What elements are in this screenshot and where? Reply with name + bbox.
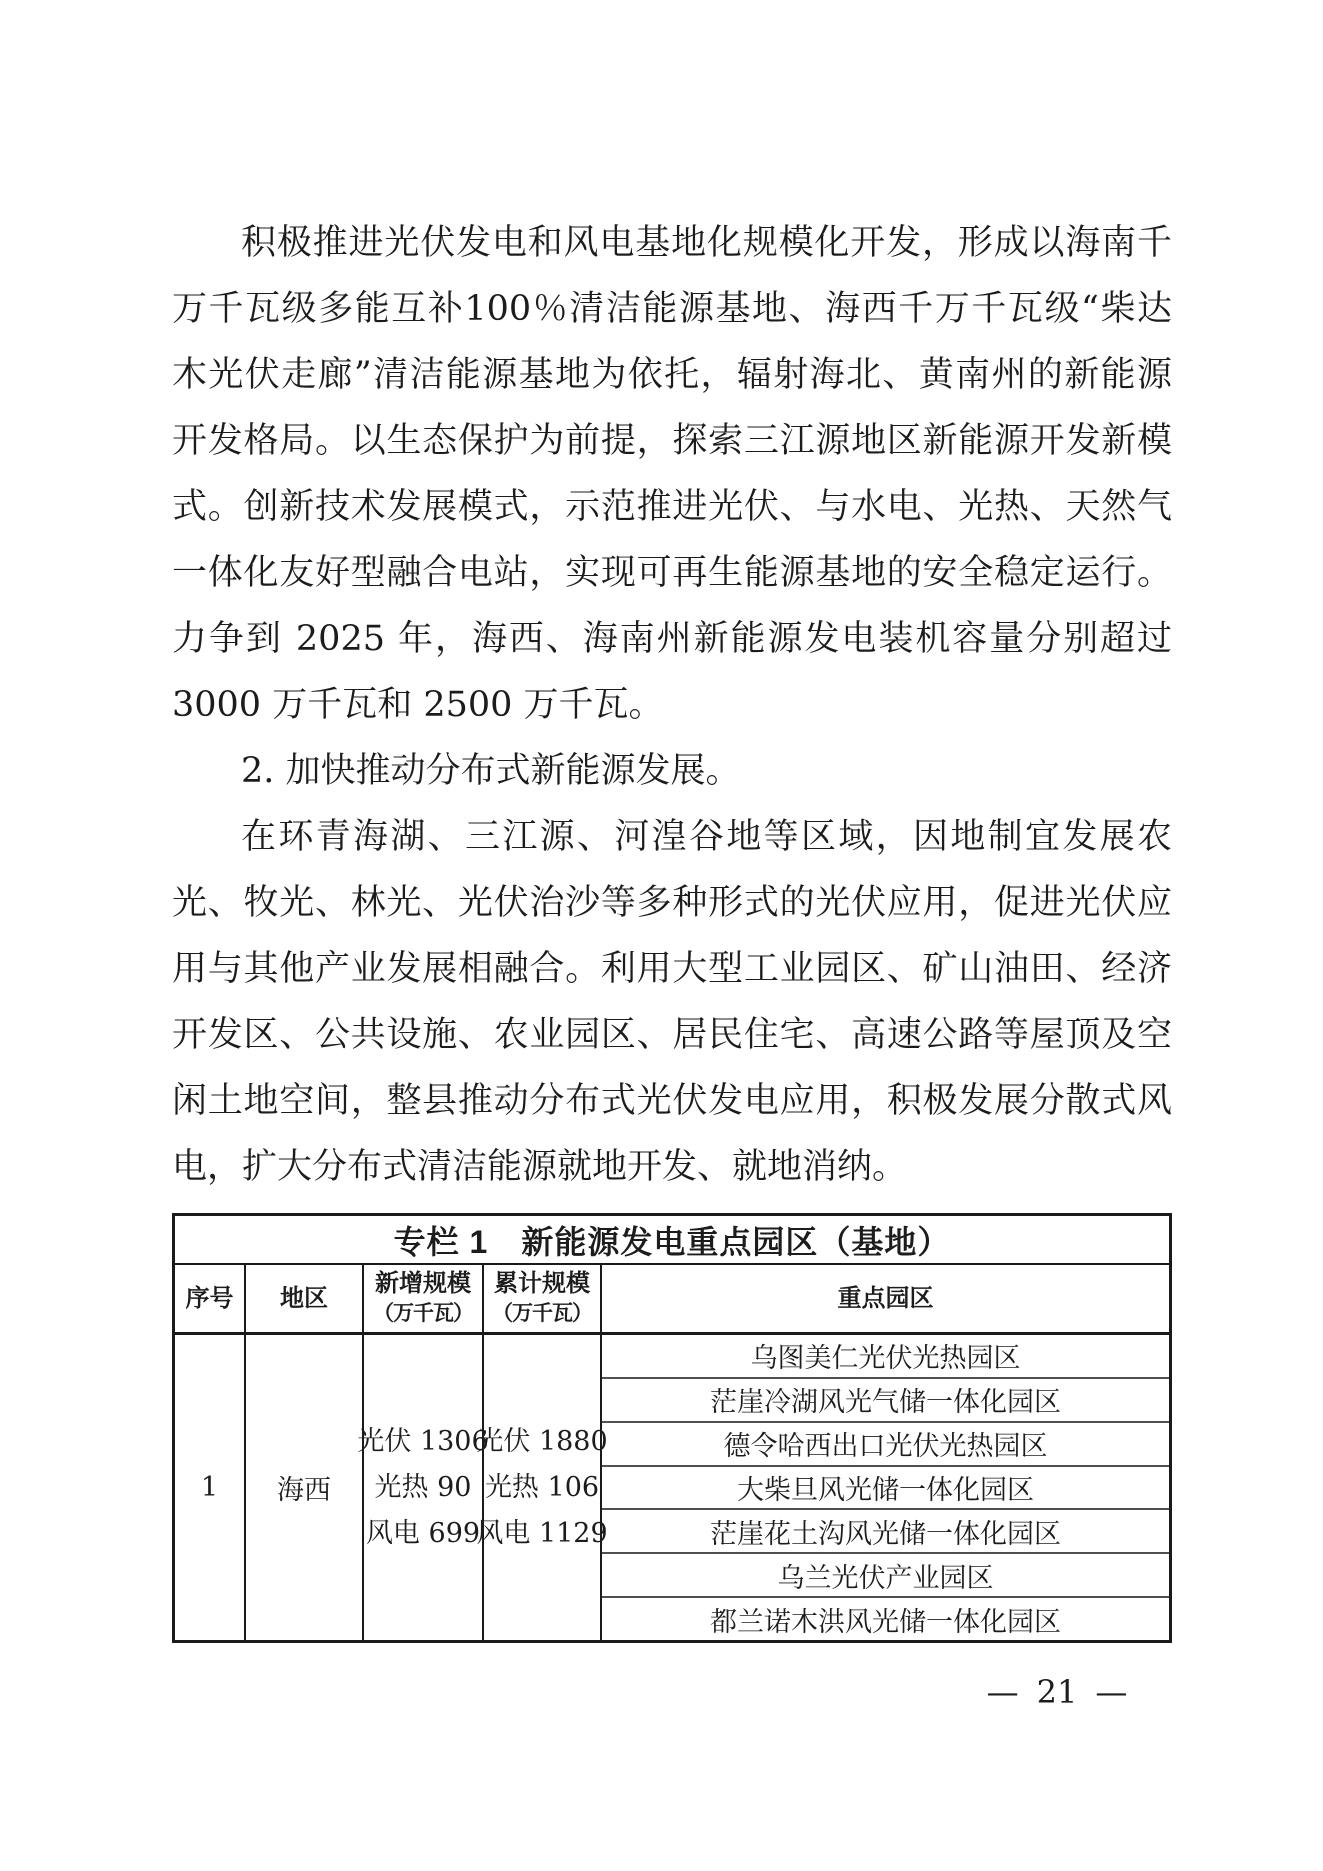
paragraph-3-line-5: 闲土地空间，整县推动分布式光伏发电应用，积极发展分散式风 [172, 1068, 1172, 1134]
cell-new-scale-line-1: 光伏 1306 [357, 1419, 488, 1465]
header-parks-label: 重点园区 [838, 1284, 934, 1314]
parks-column: 乌图美仁光伏光热园区茫崖冷湖风光气储一体化园区德令哈西出口光伏光热园区大柴旦风光… [602, 1335, 1169, 1640]
header-index-label: 序号 [186, 1284, 234, 1314]
cell-cumulative-scale-line-1: 光伏 1880 [476, 1419, 607, 1465]
panel-title: 专栏 1 新能源发电重点园区（基地） [175, 1216, 1169, 1265]
cell-index: 1 [175, 1335, 246, 1640]
paragraph-3-line-4: 开发区、公共设施、农业园区、居民住宅、高速公路等屋顶及空 [172, 1002, 1172, 1068]
park-row-1: 乌图美仁光伏光热园区 [602, 1335, 1169, 1379]
cell-new-scale-line-3: 风电 699 [366, 1511, 480, 1557]
header-cumulative-scale-label: 累计规模 [494, 1269, 590, 1299]
panel-table: 专栏 1 新能源发电重点园区（基地） 序号 地区 新增规模 （万千瓦） 累计规模… [172, 1213, 1172, 1643]
paragraph-1-line-2: 万千瓦级多能互补100％清洁能源基地、海西千万千瓦级“柴达 [172, 276, 1172, 342]
header-cell-parks: 重点园区 [602, 1265, 1169, 1332]
cell-new-scale: 光伏 1306光热 90风电 699 [364, 1335, 484, 1640]
paragraph-3-line-6: 电，扩大分布式清洁能源就地开发、就地消纳。 [172, 1134, 1172, 1200]
park-row-5: 茫崖花土沟风光储一体化园区 [602, 1510, 1169, 1554]
footer-dash-right: — [1095, 1673, 1127, 1711]
paragraph-2-line-1: 2. 加快推动分布式新能源发展。 [172, 738, 1172, 804]
header-cell-new-scale: 新增规模 （万千瓦） [364, 1265, 484, 1332]
body-text: 积极推进光伏发电和风电基地化规模化开发，形成以海南千万千瓦级多能互补100％清洁… [172, 210, 1172, 1200]
table-body-row: 1 海西 光伏 1306光热 90风电 699 光伏 1880光热 106风电 … [175, 1335, 1169, 1640]
cell-cumulative-scale-line-3: 风电 1129 [476, 1511, 607, 1557]
paragraph-3-line-1: 在环青海湖、三江源、河湟谷地等区域，因地制宜发展农 [172, 804, 1172, 870]
cell-new-scale-line-2: 光热 90 [375, 1465, 472, 1511]
footer-dash-left: — [987, 1673, 1019, 1711]
header-new-scale-unit: （万千瓦） [373, 1299, 473, 1329]
paragraph-3-line-2: 光、牧光、林光、光伏治沙等多种形式的光伏应用，促进光伏应 [172, 870, 1172, 936]
cell-region: 海西 [246, 1335, 364, 1640]
paragraph-3-line-3: 用与其他产业发展相融合。利用大型工业园区、矿山油田、经济 [172, 936, 1172, 1002]
paragraph-1-line-6: 一体化友好型融合电站，实现可再生能源基地的安全稳定运行。 [172, 540, 1172, 606]
header-cumulative-scale-unit: （万千瓦） [492, 1299, 592, 1329]
park-row-3: 德令哈西出口光伏光热园区 [602, 1423, 1169, 1467]
header-region-label: 地区 [280, 1284, 328, 1314]
paragraph-1-line-3: 木光伏走廊”清洁能源基地为依托，辐射海北、黄南州的新能源 [172, 342, 1172, 408]
park-row-6: 乌兰光伏产业园区 [602, 1554, 1169, 1598]
header-cell-region: 地区 [246, 1265, 364, 1332]
park-row-4: 大柴旦风光储一体化园区 [602, 1467, 1169, 1511]
cell-cumulative-scale: 光伏 1880光热 106风电 1129 [484, 1335, 602, 1640]
table-header-row: 序号 地区 新增规模 （万千瓦） 累计规模 （万千瓦） 重点园区 [175, 1265, 1169, 1335]
park-row-7: 都兰诺木洪风光储一体化园区 [602, 1598, 1169, 1640]
page-number: 21 [1037, 1673, 1078, 1711]
paragraph-1-line-8: 3000 万千瓦和 2500 万千瓦。 [172, 672, 1172, 738]
paragraph-1-line-5: 式。创新技术发展模式，示范推进光伏、与水电、光热、天然气 [172, 474, 1172, 540]
paragraph-1-line-1: 积极推进光伏发电和风电基地化规模化开发，形成以海南千 [172, 210, 1172, 276]
cell-cumulative-scale-line-2: 光热 106 [485, 1465, 599, 1511]
park-row-2: 茫崖冷湖风光气储一体化园区 [602, 1379, 1169, 1423]
header-new-scale-label: 新增规模 [375, 1269, 471, 1299]
header-cell-index: 序号 [175, 1265, 246, 1332]
paragraph-1-line-7: 力争到 2025 年，海西、海南州新能源发电装机容量分别超过 [172, 606, 1172, 672]
paragraph-1-line-4: 开发格局。以生态保护为前提，探索三江源地区新能源开发新模 [172, 408, 1172, 474]
header-cell-cumulative-scale: 累计规模 （万千瓦） [484, 1265, 602, 1332]
page-footer: — 21 — [947, 1670, 1167, 1714]
document-page: 积极推进光伏发电和风电基地化规模化开发，形成以海南千万千瓦级多能互补100％清洁… [0, 0, 1323, 1871]
